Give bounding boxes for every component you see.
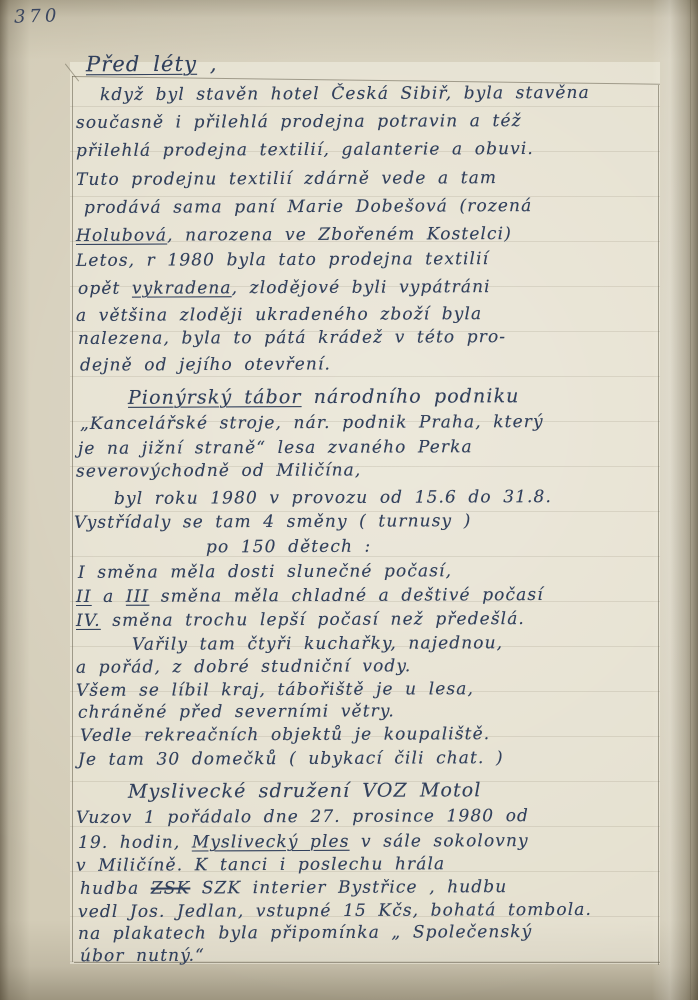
handwriting-line: vedl Jos. Jedlan, vstupné 15 Kčs, bohatá… xyxy=(78,900,592,922)
text-segment: současně i přilehlá prodejna potravin a … xyxy=(76,111,522,133)
handwriting-line: současně i přilehlá prodejna potravin a … xyxy=(76,111,522,133)
text-segment: a většina zloději ukradeného zboží byla xyxy=(76,304,482,326)
text-segment: Je tam 30 domečků ( ubykací čili chat. ) xyxy=(78,748,504,770)
text-segment: Letos, r 1980 byla tato prodejna textili… xyxy=(76,249,489,271)
handwriting-line: IV. směna trochu lepší počasí než předeš… xyxy=(76,609,525,631)
text-segment: Vedle rekreačních objektů je koupaliště. xyxy=(80,724,490,746)
underlined-text: IV. xyxy=(76,611,101,631)
struck-through-text: ZSK xyxy=(151,878,191,898)
text-segment: SZK interier Bystřice , hudbu xyxy=(190,877,507,898)
text-segment: a pořád, z dobré studniční vody. xyxy=(76,656,411,677)
handwriting-line: 19. hodin, Myslivecký ples v sále sokolo… xyxy=(78,831,529,853)
underlined-text: II xyxy=(76,587,92,607)
text-segment: Tuto prodejnu textilií zdárně vede a tam xyxy=(76,168,497,190)
pencil-frame-left-line xyxy=(72,76,73,962)
handwriting-line: v Miličíně. K tanci i poslechu hrála xyxy=(76,854,445,876)
underlined-text: Holubová xyxy=(76,226,167,246)
handwriting-line: Pionýrský tábor národního podniku xyxy=(128,385,520,409)
text-segment: Myslivecké sdružení VOZ Motol xyxy=(128,779,482,803)
handwriting-line: Před léty , xyxy=(86,52,218,77)
handwriting-line: když byl stavěn hotel Česká Sibiř, byla … xyxy=(100,83,590,105)
handwriting-line: Všem se líbil kraj, tábořiště je u lesa, xyxy=(76,679,474,701)
handwriting-line: Je tam 30 domečků ( ubykací čili chat. ) xyxy=(78,748,504,770)
text-segment: na plakatech byla připomínka „ Společens… xyxy=(78,922,532,944)
text-segment: 19. hodin, xyxy=(78,832,192,852)
page-number: 370 xyxy=(14,5,61,28)
text-segment: dejně od jejího otevření. xyxy=(80,354,331,375)
underlined-text: Před léty xyxy=(86,52,197,76)
pencil-frame-right-line xyxy=(658,85,659,965)
handwriting-line: hudba ZSK SZK interier Bystřice , hudbu xyxy=(80,877,507,899)
text-segment: „Kancelářské stroje, nár. podnik Praha, … xyxy=(80,412,544,434)
text-segment: severovýchodně od Miličína, xyxy=(76,460,361,481)
text-segment: je na jižní straně“ lesa zvaného Perka xyxy=(78,437,473,459)
handwriting-line: „Kancelářské stroje, nár. podnik Praha, … xyxy=(80,412,544,434)
text-segment: hudba xyxy=(80,879,151,899)
text-segment: v Miličíně. K tanci i poslechu hrála xyxy=(76,854,445,876)
handwriting-line: I směna měla dosti slunečné počasí, xyxy=(78,561,452,583)
handwriting-line: opět vykradena, zlodějové byli vypátráni xyxy=(78,277,491,299)
text-segment: národního podniku xyxy=(301,385,519,408)
handwriting-line: přilehlá prodejna textilií, galanterie a… xyxy=(76,139,534,161)
handwriting-line: II a III směna měla chladné a deštivé po… xyxy=(76,585,544,607)
handwriting-line: na plakatech byla připomínka „ Společens… xyxy=(78,922,532,944)
text-segment: vedl Jos. Jedlan, vstupné 15 Kčs, bohatá… xyxy=(78,900,592,922)
text-segment: směna měla chladné a deštivé počasí xyxy=(149,585,543,607)
handwriting-line: úbor nutný.“ xyxy=(80,946,205,967)
text-segment: úbor nutný.“ xyxy=(80,946,205,967)
handwriting-line: dejně od jejího otevření. xyxy=(80,354,331,375)
text-segment: I směna měla dosti slunečné počasí, xyxy=(78,561,452,583)
photographed-chronicle-page: { "page_number": "370", "colors": { "ink… xyxy=(0,0,698,1000)
text-segment: , zlodějové byli vypátráni xyxy=(232,277,491,298)
text-segment: přilehlá prodejna textilií, galanterie a… xyxy=(76,139,534,161)
paper-edge-line xyxy=(690,0,691,1000)
text-segment: Vařily tam čtyři kuchařky, najednou, xyxy=(132,633,503,655)
handwriting-line: a pořád, z dobré studniční vody. xyxy=(76,656,411,677)
handwriting-line: prodává sama paní Marie Dobešová (rozená xyxy=(84,196,532,218)
text-segment: když byl stavěn hotel Česká Sibiř, byla … xyxy=(100,83,590,105)
text-segment: opět xyxy=(78,279,132,299)
underlined-text: vykradena xyxy=(132,278,232,298)
handwriting-line: severovýchodně od Miličína, xyxy=(76,460,361,481)
text-segment: nalezena, byla to pátá krádež v této pro… xyxy=(78,327,506,349)
text-segment: a xyxy=(92,587,126,607)
text-segment: v sále sokolovny xyxy=(349,831,528,852)
handwriting-line: Myslivecké sdružení VOZ Motol xyxy=(128,779,482,803)
text-segment: směna trochu lepší počasí než předešlá. xyxy=(101,609,525,631)
handwriting-line: Vařily tam čtyři kuchařky, najednou, xyxy=(132,633,503,655)
underlined-text: Pionýrský tábor xyxy=(128,386,302,409)
handwriting-line: a většina zloději ukradeného zboží byla xyxy=(76,304,482,326)
handwriting-line: chráněné před severními větry. xyxy=(78,701,395,722)
handwriting-line: nalezena, byla to pátá krádež v této pro… xyxy=(78,327,506,349)
text-segment: byl roku 1980 v provozu od 15.6 do 31.8. xyxy=(114,487,552,509)
handwriting-line: Vystřídaly se tam 4 směny ( turnusy ) xyxy=(74,511,472,533)
handwriting-line: je na jižní straně“ lesa zvaného Perka xyxy=(78,437,473,459)
text-segment: prodává sama paní Marie Dobešová (rozená xyxy=(84,196,532,218)
underlined-text: Myslivecký ples xyxy=(192,832,350,853)
handwriting-line: Tuto prodejnu textilií zdárně vede a tam xyxy=(76,168,497,190)
text-segment: Všem se líbil kraj, tábořiště je u lesa, xyxy=(76,679,474,701)
handwriting-line: po 150 dětech : xyxy=(206,537,371,558)
handwriting-line: Vuzov 1 pořádalo dne 27. prosince 1980 o… xyxy=(76,806,529,828)
text-segment: chráněné před severními větry. xyxy=(78,701,395,722)
handwriting-line: Holubová, narozena ve Zbořeném Kostelci) xyxy=(76,224,512,246)
text-segment: po 150 dětech : xyxy=(206,537,371,558)
text-segment: Vystřídaly se tam 4 směny ( turnusy ) xyxy=(74,511,472,533)
text-segment: Vuzov 1 pořádalo dne 27. prosince 1980 o… xyxy=(76,806,529,828)
handwriting-line: byl roku 1980 v provozu od 15.6 do 31.8. xyxy=(114,487,552,509)
underlined-text: III xyxy=(126,587,150,607)
handwriting-line: Vedle rekreačních objektů je koupaliště. xyxy=(80,724,490,746)
handwriting-line: Letos, r 1980 byla tato prodejna textili… xyxy=(76,249,489,271)
text-segment: , narozena ve Zbořeném Kostelci) xyxy=(167,224,512,246)
text-segment: , xyxy=(197,52,218,76)
